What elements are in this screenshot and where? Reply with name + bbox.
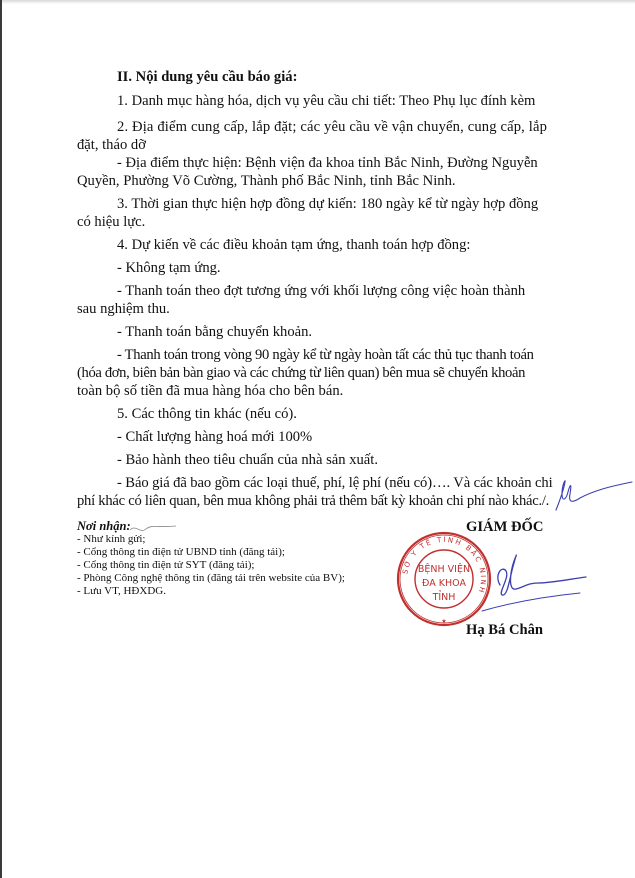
text-line: có hiệu lực. [77,213,145,231]
text-line: - Thanh toán trong vòng 90 ngày kể từ ng… [117,346,534,364]
text-line: sau nghiệm thu. [77,300,170,318]
text-line: - Bảo hành theo tiêu chuẩn của nhà sản x… [117,451,378,469]
stamp-line: TỈNH [432,591,456,603]
text-line: - Không tạm ứng. [117,259,221,277]
text-line: - Thanh toán bằng chuyển khoản. [117,323,312,341]
text-line: - Thanh toán theo đợt tương ứng với khối… [117,282,525,300]
document-page: II. Nội dung yêu cầu báo giá: 1. Danh mụ… [0,0,635,878]
recipient-item: - Cổng thông tin điện tử UBND tỉnh (đăng… [77,546,285,559]
text-line: 5. Các thông tin khác (nếu có). [117,405,297,423]
svg-text:★: ★ [441,618,446,625]
text-line: 4. Dự kiến về các điều khoản tạm ứng, th… [117,236,470,254]
text-line: - Chất lượng hàng hoá mới 100% [117,428,312,446]
text-line: - Báo giá đã bao gồm các loại thuế, phí,… [117,474,553,492]
text-line: 1. Danh mục hàng hóa, dịch vụ yêu cầu ch… [117,92,535,110]
recipient-item: - Cổng thông tin điện tử SYT (đăng tải); [77,559,254,572]
text-line: Quyền, Phường Võ Cường, Thành phố Bắc Ni… [77,172,456,190]
recipient-item: - Lưu VT, HĐXDG. [77,585,166,598]
text-line: phí khác có liên quan, bên mua không phả… [77,492,549,510]
text-line: toàn bộ số tiền đã mua hàng hóa cho bên … [77,382,343,400]
text-line: (hóa đơn, biên bản bàn giao và các chứng… [77,364,525,382]
recipients-title: Nơi nhận: [77,519,131,534]
official-stamp-icon: SỞ Y TẾ TỈNH BẮC NINH BỆNH VIỆN ĐA KHOA … [396,531,492,627]
initials-mark-icon [550,474,635,514]
text-line: đặt, tháo dỡ [77,136,146,154]
stamp-line: BỆNH VIỆN [418,563,470,575]
text-line: 2. Địa điểm cung cấp, lắp đặt; các yêu c… [117,118,547,136]
handwritten-signature-icon [480,545,590,615]
section-heading: II. Nội dung yêu cầu báo giá: [117,68,297,86]
recipient-item: - Phòng Công nghệ thông tin (đăng tải tr… [77,572,345,585]
initial-scribble-icon [128,522,178,536]
text-line: 3. Thời gian thực hiện hợp đồng dự kiến:… [117,195,538,213]
text-line: - Địa điểm thực hiện: Bệnh viện đa khoa … [117,154,538,172]
stamp-line: ĐA KHOA [422,578,466,589]
